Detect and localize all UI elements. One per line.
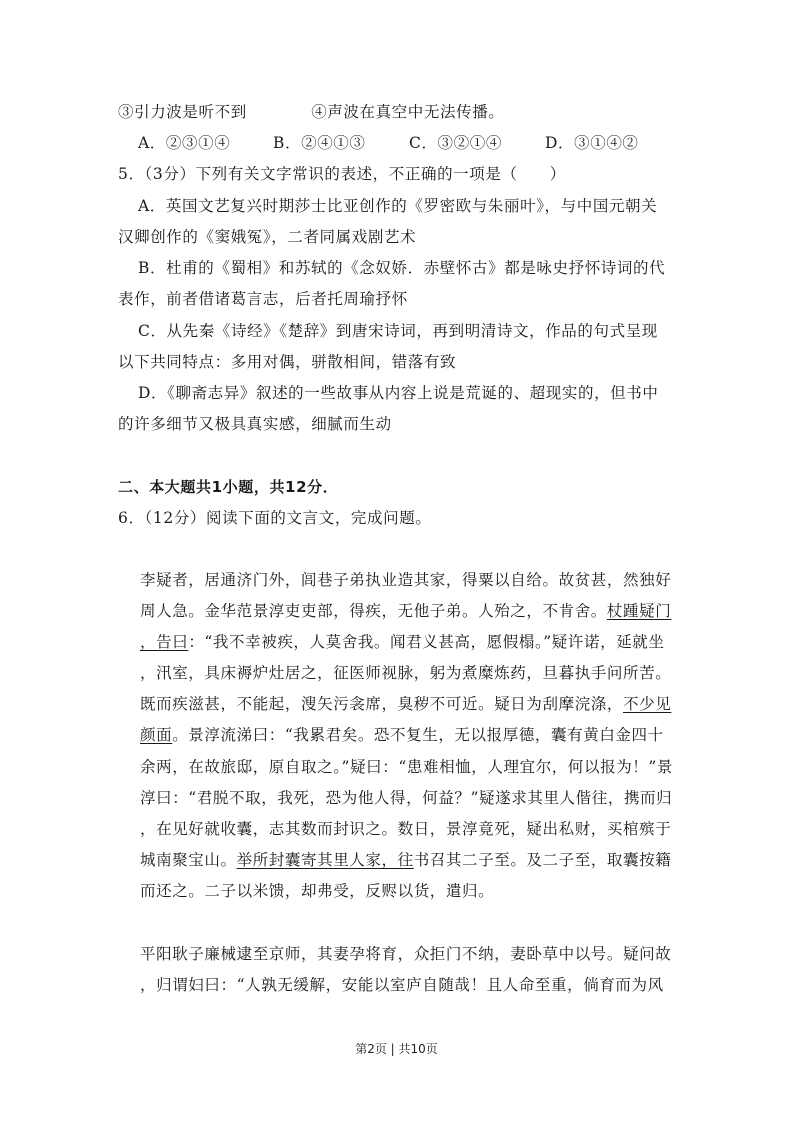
q4-statement-line: ③引力波是听不到 ④声波在真空中无法传播。 bbox=[118, 102, 504, 122]
underlined-phrase: 举所封囊寄其里人家，往 bbox=[237, 851, 414, 869]
passage-line: 颜面。景淳流涕曰：“我累君矣。恐不复生，无以报厚德，囊有黄白金四十 bbox=[140, 725, 664, 745]
passage-line: ，汛室，具床褥炉灶居之，征医师视脉，躬为煮糜炼药，旦暮执手问所苦。 bbox=[140, 663, 671, 683]
passage-text: 既而疾滋甚，不能起，溲矢污衾席，臭秽不可近。疑日为刮摩浣涤， bbox=[140, 695, 623, 713]
page-footer: 第2页 | 共10页 bbox=[0, 1040, 793, 1057]
q5-option-c-line1: C．从先秦《诗经》《楚辞》到唐宋诗词，再到明清诗文，作品的句式呈现 bbox=[138, 321, 658, 341]
underlined-phrase: 不少见 bbox=[623, 695, 671, 713]
underlined-phrase: 杖踵疑门 bbox=[607, 602, 671, 620]
q4-option-a: A．②③①④ bbox=[138, 133, 230, 153]
q5-option-d-line2: 的许多细节又极具真实感，细腻而生动 bbox=[118, 414, 392, 434]
passage-line: ，告曰：“我不幸被疾，人莫舍我。闻君义甚高，愿假榻。”疑许诺，延就坐 bbox=[140, 632, 665, 652]
passage-text: 李疑者，居通济门外，闾巷子弟执业造其家，得粟以自给。故贫甚，然独好 bbox=[140, 571, 671, 589]
passage-text: 余两，在故旅邸，原自取之。”疑曰：“患难相恤，人理宜尔，何以报为！”景 bbox=[140, 758, 673, 776]
q5-option-d-line1: D．《聊斋志异》叙述的一些故事从内容上说是荒诞的、超现实的，但书中 bbox=[138, 383, 658, 403]
passage-text: 淳曰：“君脱不取，我死，恐为他人得，何益？”疑遂求其里人偕往，携而归 bbox=[140, 789, 672, 807]
q5-option-a-line2: 汉卿创作的《窦娥冤》，二者同属戏剧艺术 bbox=[118, 227, 416, 247]
q4-options: A．②③①④ B．②④①③ C．③②①④ D．③①④② bbox=[0, 133, 793, 153]
passage-text: 书召其二子至。及二子至，取囊按籍 bbox=[414, 851, 672, 869]
q6-stem: 6．（12分）阅读下面的文言文，完成问题。 bbox=[118, 508, 431, 528]
passage-text: 周人急。金华范景淳吏吏部，得疾，无他子弟。人殆之，不肯舍。 bbox=[140, 602, 607, 620]
q5-option-b-line1: B．杜甫的《蜀相》和苏轼的《念奴娇．赤壁怀古》都是咏史抒怀诗词的代 bbox=[138, 258, 665, 278]
q4-option-b: B．②④①③ bbox=[273, 133, 366, 153]
q5-stem: 5．（3分）下列有关文字常识的表述，不正确的一项是（ ） bbox=[118, 164, 566, 184]
underlined-phrase: ，告曰 bbox=[140, 633, 188, 651]
passage-line: ，归谓妇曰：“人孰无缓解，安能以室庐自随哉！且人命至重，倘育而为风 bbox=[140, 975, 664, 995]
q4-option-d: D．③①④② bbox=[545, 133, 639, 153]
passage-text: ：“我不幸被疾，人莫舍我。闻君义甚高，愿假榻。”疑许诺，延就坐 bbox=[188, 633, 664, 651]
passage-line: 周人急。金华范景淳吏吏部，得疾，无他子弟。人殆之，不肯舍。杖踵疑门 bbox=[140, 601, 671, 621]
underlined-phrase: 颜面 bbox=[140, 726, 172, 744]
passage-line: 李疑者，居通济门外，闾巷子弟执业造其家，得粟以自给。故贫甚，然独好 bbox=[140, 570, 671, 590]
passage-line: 既而疾滋甚，不能起，溲矢污衾席，臭秽不可近。疑日为刮摩浣涤，不少见 bbox=[140, 694, 671, 714]
passage-line: 淳曰：“君脱不取，我死，恐为他人得，何益？”疑遂求其里人偕往，携而归 bbox=[140, 788, 672, 808]
passage-text: ，汛室，具床褥炉灶居之，征医师视脉，躬为煮糜炼药，旦暮执手问所苦。 bbox=[140, 664, 671, 682]
q5-option-a-line1: A．英国文艺复兴时期莎士比亚创作的《罗密欧与朱丽叶》，与中国元朝关 bbox=[138, 196, 657, 216]
q5-option-c-line2: 以下共同特点：多用对偶，骈散相间，错落有致 bbox=[118, 352, 456, 372]
passage-line: 而还之。二子以米馈，却弗受，反赆以货，遣归。 bbox=[140, 881, 494, 901]
passage-line: 余两，在故旅邸，原自取之。”疑曰：“患难相恤，人理宜尔，何以报为！”景 bbox=[140, 757, 673, 777]
passage-line: ，在见好就收囊，志其数而封识之。数日，景淳竟死，疑出私财，买棺殡于 bbox=[140, 819, 671, 839]
passage-text: 城南聚宝山。 bbox=[140, 851, 237, 869]
section-heading: 二、本大题共1小题，共12分． bbox=[118, 477, 338, 497]
passage-line: 平阳耿子廉械逮至京师，其妻孕将育，众拒门不纳，妻卧草中以号。疑问故 bbox=[140, 944, 671, 964]
passage-text: ，在见好就收囊，志其数而封识之。数日，景淳竟死，疑出私财，买棺殡于 bbox=[140, 820, 671, 838]
passage-line: 城南聚宝山。举所封囊寄其里人家，往书召其二子至。及二子至，取囊按籍 bbox=[140, 850, 671, 870]
passage-text: 。景淳流涕曰：“我累君矣。恐不复生，无以报厚德，囊有黄白金四十 bbox=[172, 726, 664, 744]
passage-text: 而还之。二子以米馈，却弗受，反赆以货，遣归。 bbox=[140, 882, 494, 900]
q5-option-b-line2: 表作，前者借诸葛言志，后者托周瑜抒怀 bbox=[118, 289, 408, 309]
q4-option-c: C．③②①④ bbox=[409, 133, 502, 153]
